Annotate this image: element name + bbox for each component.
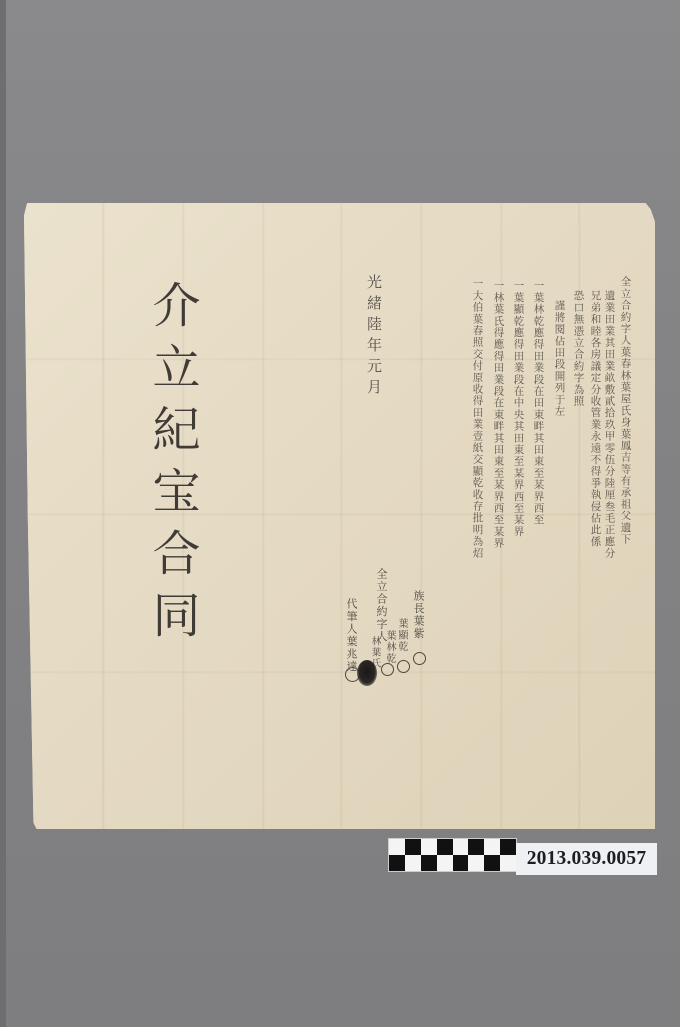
checkerboard-scale-bar [389, 839, 516, 871]
scale-square [500, 839, 516, 855]
body-column-4: 恐口無憑立合約字為照 [573, 290, 584, 407]
scale-square [437, 855, 453, 871]
scale-square [500, 855, 516, 871]
witness-seal [413, 652, 426, 665]
scale-square [468, 839, 484, 855]
catalog-number-label: 2013.039.0057 [516, 843, 657, 875]
witness-signature: 族長葉紫 [413, 590, 424, 640]
scale-square [484, 855, 500, 871]
scale-square [484, 839, 500, 855]
date-line: 光緒陸年元月 [366, 274, 381, 400]
body-column-8: 一林葉氏得應得田業段在東畔其田東至某界西至某界 [493, 280, 504, 549]
scribe-signature: 代筆人葉兆達 [346, 598, 357, 673]
scale-square [421, 839, 437, 855]
scale-square [453, 839, 469, 855]
scale-square [468, 855, 484, 871]
body-column-3: 兄弟和睦各房議定分收管業永遠不得爭執侵佔此係 [590, 290, 601, 547]
body-column-9: 一大伯葉春照交付原收得田業壹紙交顯乾收存批明為炤 [472, 278, 483, 559]
scale-square [453, 855, 469, 871]
body-column-1: 全立合約字人葉春林葉屋氏身葉鳳吉等有承祖父遺下 [620, 276, 631, 545]
signer-1-seal [397, 660, 410, 673]
body-column-6: 一葉林乾應得田業段在田東畔其田東至某界西至 [533, 280, 544, 526]
scale-square [389, 839, 405, 855]
thumbprint-mark [357, 660, 377, 686]
signer-2-seal [381, 663, 394, 676]
body-column-2: 遺業田業其田業畝敷貳拾玖甲零伍分陸厘叁毛正應分 [604, 290, 615, 559]
document-paper [24, 203, 655, 829]
scale-square [405, 855, 421, 871]
signer-2: 葉林乾 [384, 630, 394, 665]
body-column-7: 一葉顯乾應得田業段在中央其田東至某界西至某界 [513, 280, 524, 537]
scale-square [389, 855, 405, 871]
body-column-5: 謹將閱佔田段開列于左 [554, 300, 565, 417]
scale-square [405, 839, 421, 855]
signer-1: 葉顯乾 [396, 618, 406, 653]
scale-square [421, 855, 437, 871]
large-faded-characters: 介立紀宝合同 [148, 280, 196, 652]
photo-backdrop-edge [0, 0, 6, 1027]
scale-square [437, 839, 453, 855]
